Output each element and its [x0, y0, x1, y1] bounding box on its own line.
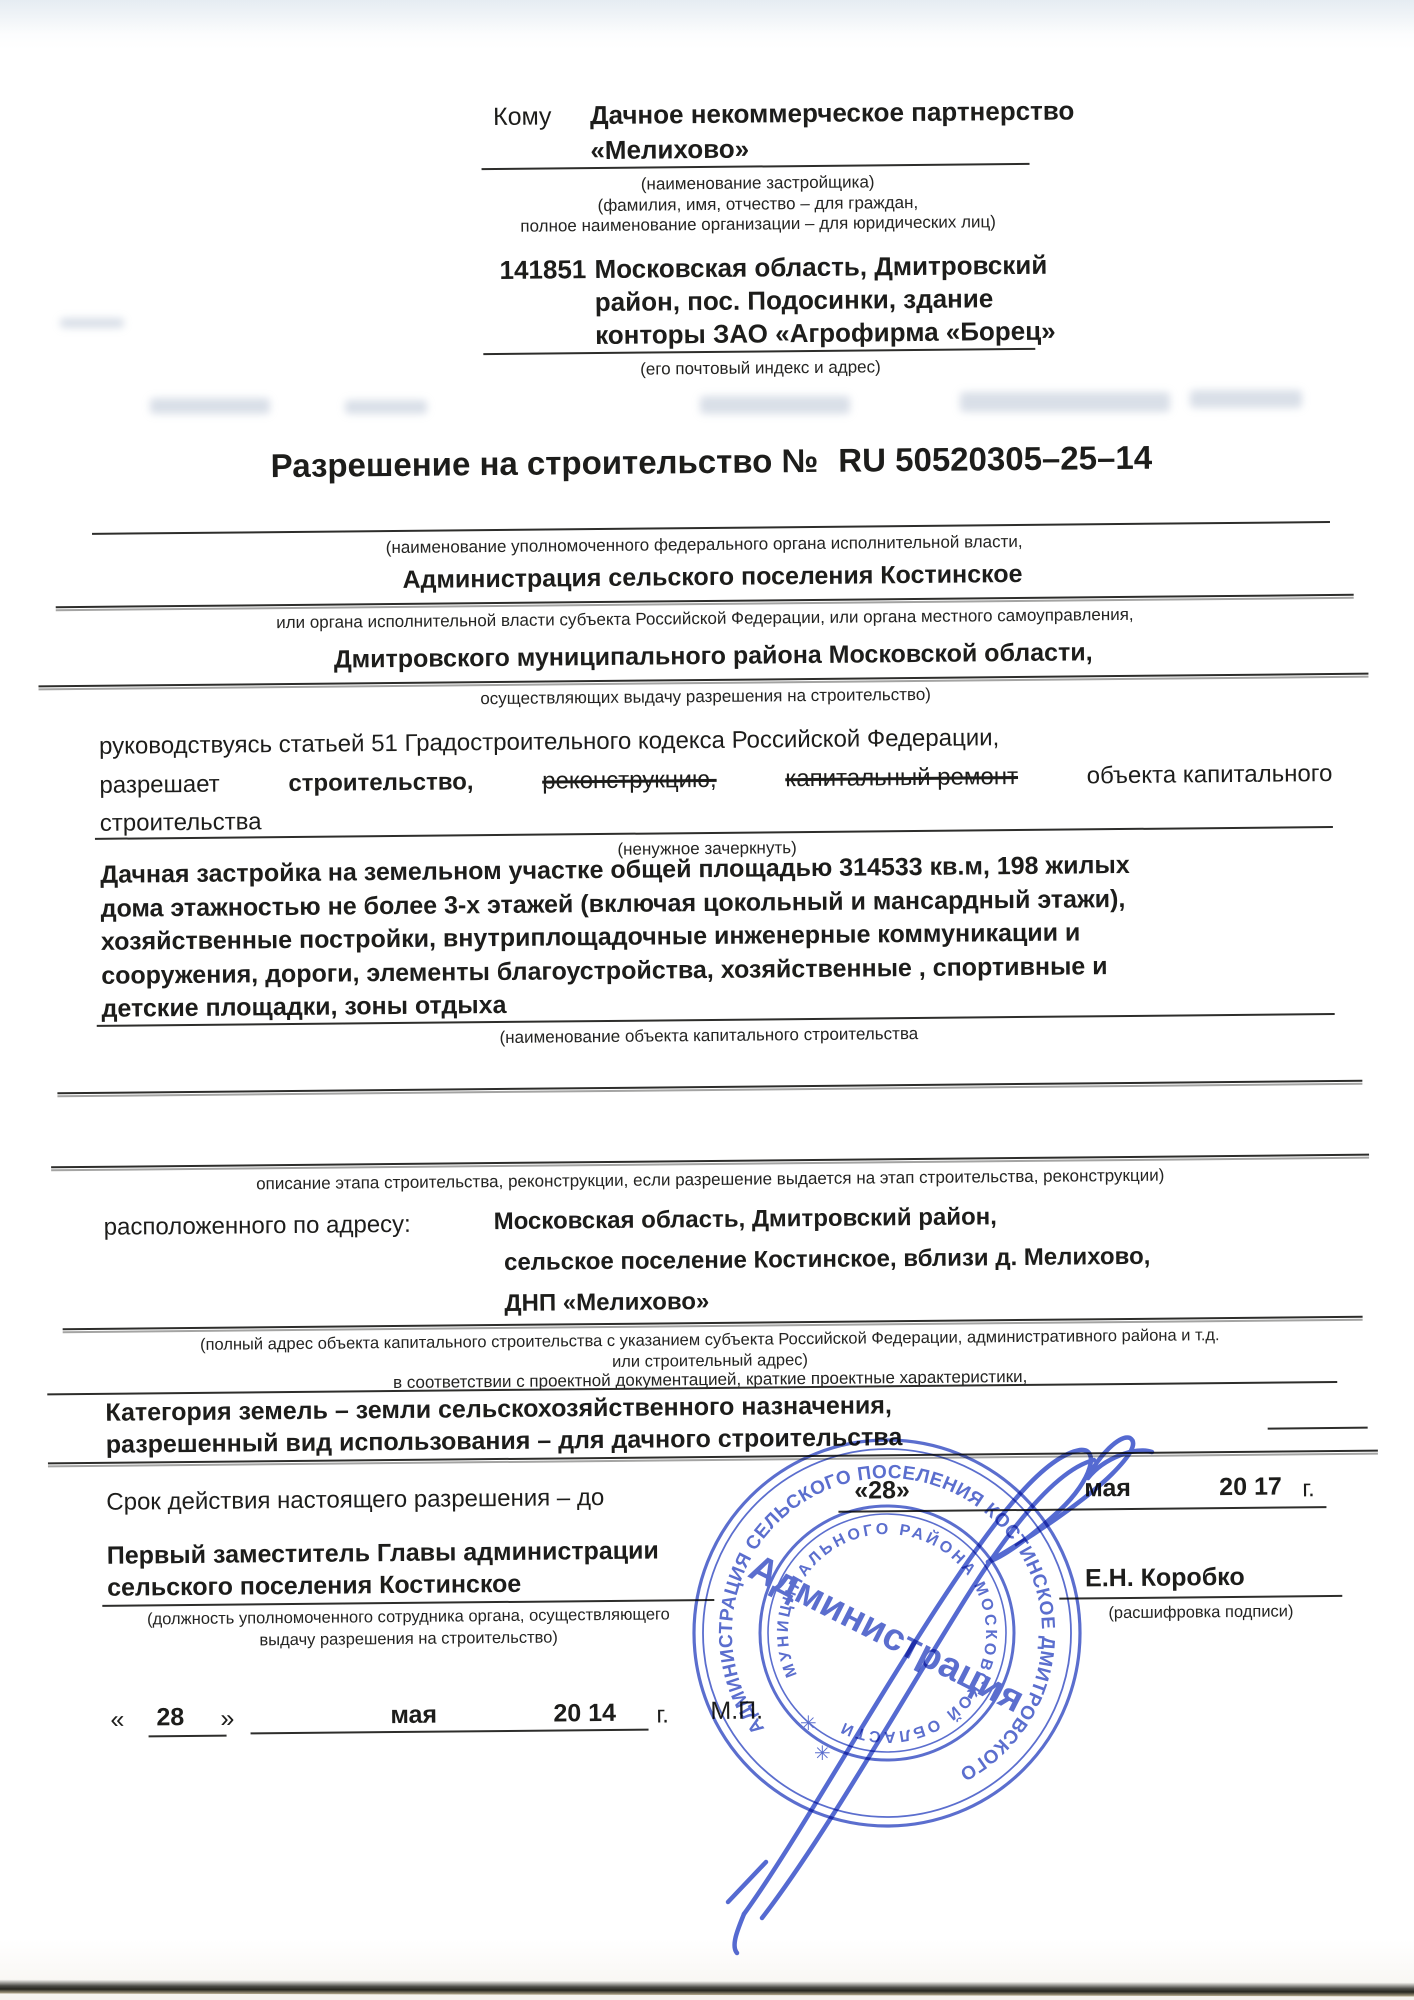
permit-reconstruction-struck: реконструкцию, [542, 766, 717, 796]
signer-name-note: (расшифровка подписи) [1059, 1601, 1342, 1624]
recipient-name-line-2: «Мелихово» [590, 133, 749, 168]
recipient-address-line-3: конторы ЗАО «Агрофирма «Борец» [595, 315, 1056, 352]
document-title: Разрешение на строительство №RU 50520305… [86, 437, 1336, 487]
signer-name-underline [1059, 1595, 1342, 1600]
land-rule-right-segment [1268, 1427, 1368, 1430]
location-line-3: ДНП «Мелихово» [504, 1288, 709, 1318]
issue-date-underline [251, 1729, 649, 1735]
issue-date-year-suffix: г. [656, 1701, 669, 1729]
administration-stamp-graphic: АДМИНИСТРАЦИЯ СЕЛЬСКОГО ПОСЕЛЕНИЯ КОСТИН… [682, 1428, 1092, 1838]
issue-date-day: 28 [156, 1703, 184, 1732]
recipient-address-note: (его почтовый индекс и адрес) [485, 355, 1035, 381]
administration-stamp: АДМИНИСТРАЦИЯ СЕЛЬСКОГО ПОСЕЛЕНИЯ КОСТИН… [682, 1428, 1092, 1843]
issue-date-open-quote: « [110, 1706, 124, 1735]
issue-date-day-underline [149, 1735, 227, 1738]
permit-allows: разрешает [99, 771, 220, 800]
stamp-star-2: ✳ [814, 1743, 831, 1765]
permit-clause-line-3: строительства [100, 808, 262, 838]
stage-note: описание этапа строительства, реконструк… [70, 1163, 1350, 1196]
blank-stage-rule-1 [57, 1080, 1362, 1095]
document-title-text: Разрешение на строительство № [270, 442, 818, 484]
location-label: расположенного по адресу: [104, 1211, 411, 1242]
validity-year-suffix: г. [1302, 1475, 1315, 1503]
signer-name: Е.Н. Коробко [1085, 1563, 1245, 1594]
validity-year: 20 17 [1219, 1473, 1282, 1503]
permit-capital-repair-struck: капитальный ремонт [785, 763, 1018, 793]
permit-construction: строительство, [288, 768, 473, 798]
permit-tail: объекта капитального [1087, 760, 1333, 790]
location-line-2: сельское поселение Костинское, вблизи д.… [504, 1243, 1151, 1277]
signer-position-line-1: Первый заместитель Главы администрации [107, 1536, 659, 1570]
recipient-address-line-1: Московская область, Дмитровский [594, 249, 1047, 286]
paper-bottom-edge-shadow [0, 1980, 1414, 1997]
authority-note-2: или органа исполнительной власти субъект… [65, 602, 1345, 635]
recipient-name-line-1: Дачное некоммерческое партнерство [590, 94, 1075, 132]
stamp-star-1: ✳ [800, 1713, 817, 1735]
land-line-1: Категория земель – земли сельскохозяйств… [105, 1391, 892, 1428]
permit-clause-line-2: разрешает строительство, реконструкцию, … [99, 760, 1332, 800]
issue-date-year: 20 14 [553, 1699, 616, 1729]
authority-name-2: Дмитровского муниципального района Моско… [98, 636, 1328, 677]
recipient-underline [482, 163, 1030, 170]
signer-position-note-2: выдачу разрешения на строительство) [103, 1626, 715, 1652]
issue-date-close-quote: » [220, 1705, 234, 1734]
recipient-to-label: Кому [493, 102, 552, 132]
recipient-postal-code: 141851 [499, 253, 586, 287]
location-line-1: Московская область, Дмитровский район, [494, 1203, 997, 1236]
authority-name-1: Администрация сельского поселения Костин… [97, 557, 1327, 598]
scanned-construction-permit-page: Кому Дачное некоммерческое партнерство «… [0, 0, 1414, 2000]
recipient-address-line-2: район, пос. Подосинки, здание [595, 282, 994, 319]
object-description: Дачная застройка на земельном участке об… [100, 849, 1131, 1026]
signer-position-line-2: сельского поселения Костинское [107, 1570, 521, 1603]
validity-label: Срок действия настоящего разрешения – до [106, 1484, 604, 1517]
issue-date-month: мая [390, 1701, 437, 1730]
permit-clause-line-1: руководствуясь статьей 51 Градостроитель… [99, 724, 999, 761]
document-title-number: RU 50520305–25–14 [838, 439, 1152, 479]
